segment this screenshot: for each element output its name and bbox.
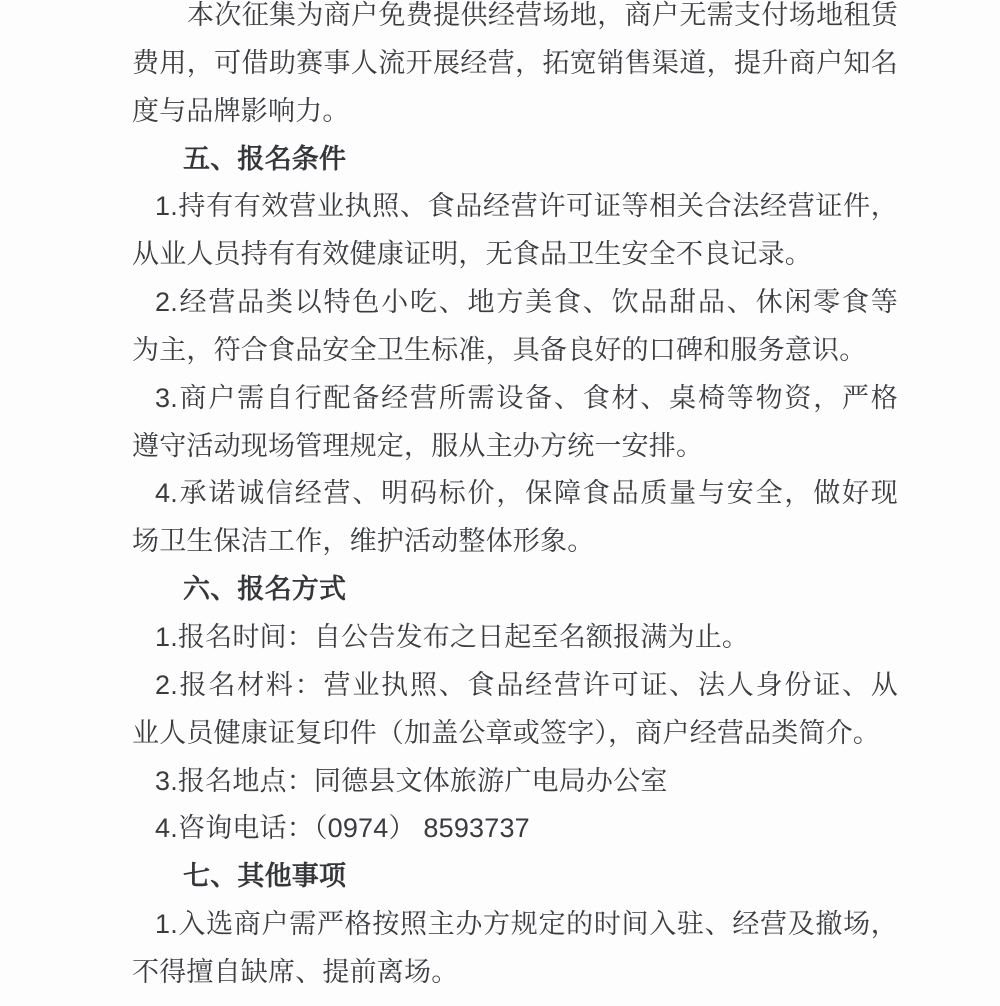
document-line: 1.持有有效营业执照、食品经营许可证等相关合法经营证件， xyxy=(132,183,898,231)
document-line: 本次征集为商户免费提供经营场地，商户无需支付场地租赁 xyxy=(132,0,898,40)
document-line: 度与品牌影响力。 xyxy=(132,88,898,136)
document-line: 从业人员持有有效健康证明，无食品卫生安全不良记录。 xyxy=(132,231,898,279)
document-line: 场卫生保洁工作，维护活动整体形象。 xyxy=(132,518,898,566)
section-heading: 五、报名条件 xyxy=(132,136,898,184)
document-line: 4.承诺诚信经营、明码标价，保障食品质量与安全，做好现 xyxy=(132,470,898,518)
document-line: 遵守活动现场管理规定，服从主办方统一安排。 xyxy=(132,423,898,471)
document-line: 3.报名地点：同德县文体旅游广电局办公室 xyxy=(132,758,898,806)
document-line: 为主，符合食品安全卫生标准，具备良好的口碑和服务意识。 xyxy=(132,327,898,375)
document-line: 费用，可借助赛事人流开展经营，拓宽销售渠道，提升商户知名 xyxy=(132,40,898,88)
document-line: 业人员健康证复印件（加盖公章或签字），商户经营品类简介。 xyxy=(132,710,898,758)
document-line: 4.咨询电话：（0974） 8593737 xyxy=(132,805,898,853)
document-line: 2.经营品类以特色小吃、地方美食、饮品甜品、休闲零食等 xyxy=(132,279,898,327)
document-line: 2.报名材料：营业执照、食品经营许可证、法人身份证、从 xyxy=(132,662,898,710)
section-heading: 七、其他事项 xyxy=(132,853,898,901)
document-line: 3.商户需自行配备经营所需设备、食材、桌椅等物资，严格 xyxy=(132,375,898,423)
document-line: 不得擅自缺席、提前离场。 xyxy=(132,949,898,997)
document-line: 1.报名时间：自公告发布之日起至名额报满为止。 xyxy=(132,614,898,662)
document-page: 本次征集为商户免费提供经营场地，商户无需支付场地租赁 费用，可借助赛事人流开展经… xyxy=(0,0,1000,997)
section-heading: 六、报名方式 xyxy=(132,566,898,614)
document-line: 1.入选商户需严格按照主办方规定的时间入驻、经营及撤场， xyxy=(132,901,898,949)
